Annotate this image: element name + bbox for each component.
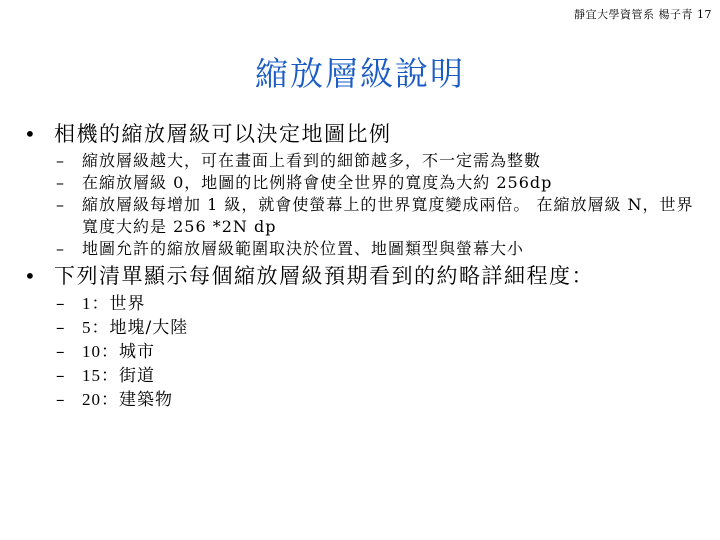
dash-icon: – xyxy=(56,340,66,364)
bullet-text: 下列清單顯示每個縮放層級預期看到的約略詳細程度： xyxy=(54,264,594,288)
sub-item-text: 在縮放層級 0，地圖的比例將會使全世界的寬度為大約 256dp xyxy=(82,172,700,194)
zoom-level-item: – 5：地塊/大陸 xyxy=(56,316,700,340)
bullet-icon: • xyxy=(24,118,37,150)
dash-icon: – xyxy=(56,292,66,316)
dash-icon: – xyxy=(56,194,65,216)
separator: ： xyxy=(101,342,119,362)
zoom-level-number: 20 xyxy=(82,390,101,409)
slide-content: • 相機的縮放層級可以決定地圖比例 – 縮放層級越大，可在畫面上看到的細節越多，… xyxy=(20,118,700,412)
zoom-level-number: 1 xyxy=(82,294,92,313)
zoom-level-item: – 20：建築物 xyxy=(56,388,700,412)
sub-list: – 縮放層級越大，可在畫面上看到的細節越多，不一定需為整數 – 在縮放層級 0，… xyxy=(56,150,700,260)
dash-icon: – xyxy=(56,172,65,194)
zoom-level-item: – 10：城市 xyxy=(56,340,700,364)
bullet-item: • 相機的縮放層級可以決定地圖比例 xyxy=(20,118,700,150)
zoom-level-desc: 街道 xyxy=(119,366,155,386)
zoom-level-desc: 建築物 xyxy=(119,390,173,410)
sub-item: – 縮放層級越大，可在畫面上看到的細節越多，不一定需為整數 xyxy=(56,150,700,172)
sub-item-text: 縮放層級越大，可在畫面上看到的細節越多，不一定需為整數 xyxy=(82,150,700,172)
separator: ： xyxy=(101,366,119,386)
zoom-level-item: – 1：世界 xyxy=(56,292,700,316)
bullet-icon: • xyxy=(24,260,37,292)
zoom-level-desc: 世界 xyxy=(110,294,146,314)
sub-item: – 地圖允許的縮放層級範圍取決於位置、地圖類型與螢幕大小 xyxy=(56,238,700,260)
sub-item-text: 縮放層級每增加 1 級，就會使螢幕上的世界寬度變成兩倍。 在縮放層級 N，世界寬… xyxy=(82,194,702,238)
bullet-text: 相機的縮放層級可以決定地圖比例 xyxy=(54,122,392,146)
dash-icon: – xyxy=(56,238,65,260)
separator: ： xyxy=(92,294,110,314)
zoom-level-desc: 地塊/大陸 xyxy=(110,318,189,338)
zoom-level-number: 10 xyxy=(82,342,101,361)
slide-title: 縮放層級說明 xyxy=(0,48,720,95)
sub-item: – 縮放層級每增加 1 級，就會使螢幕上的世界寬度變成兩倍。 在縮放層級 N，世… xyxy=(56,194,700,238)
zoom-level-number: 5 xyxy=(82,318,92,337)
dash-icon: – xyxy=(56,316,66,340)
zoom-level-number: 15 xyxy=(82,366,101,385)
sub-item: – 在縮放層級 0，地圖的比例將會使全世界的寬度為大約 256dp xyxy=(56,172,700,194)
zoom-level-item: – 15：街道 xyxy=(56,364,700,388)
dash-icon: – xyxy=(56,364,66,388)
bullet-item: • 下列清單顯示每個縮放層級預期看到的約略詳細程度： xyxy=(20,260,700,292)
separator: ： xyxy=(101,390,119,410)
separator: ： xyxy=(92,318,110,338)
dash-icon: – xyxy=(56,150,65,172)
sub-item-text: 地圖允許的縮放層級範圍取決於位置、地圖類型與螢幕大小 xyxy=(82,238,700,260)
dash-icon: – xyxy=(56,388,66,412)
zoom-level-desc: 城市 xyxy=(119,342,155,362)
zoom-level-list: – 1：世界 – 5：地塊/大陸 – 10：城市 – 15：街道 – xyxy=(56,292,700,412)
slide-header: 靜宜大學資管系 楊子青 17 xyxy=(574,6,712,22)
